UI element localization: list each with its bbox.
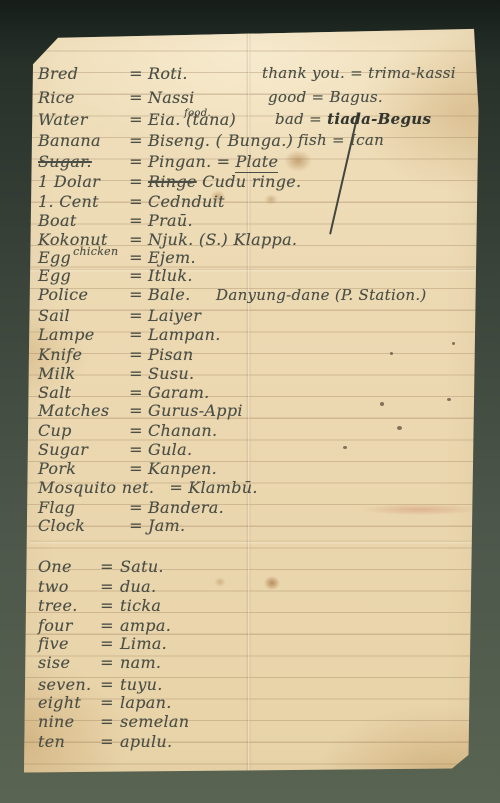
number-translation: apulu. (120, 732, 172, 751)
term-english: Water (38, 110, 124, 129)
term-english: Milk (38, 364, 124, 383)
number-english: One (38, 557, 94, 576)
equals-sign: = (94, 557, 120, 576)
term-english: fish (298, 131, 327, 149)
number-row: One=Satu. (38, 557, 164, 576)
number-row: eight=lapan. (38, 693, 172, 712)
equals-sign: = (124, 64, 148, 83)
term-english: Salt (38, 383, 124, 402)
vocab-row: 1 Dolar=Ringe Cudu ringe. (38, 172, 301, 191)
number-row: two=dua. (38, 577, 156, 596)
equals-sign: = (124, 152, 148, 171)
equals-sign: = (124, 131, 148, 150)
vocab-row-right: bad = tiada-Begus (275, 110, 431, 128)
equals-sign: = (94, 616, 120, 635)
equals-sign: = (124, 211, 148, 230)
term-translation: tiada-Begus (327, 110, 431, 128)
number-translation: nam. (120, 653, 161, 672)
term-translation: Roti. (148, 64, 188, 83)
equals-sign: = (124, 383, 148, 402)
equals-sign: = (124, 459, 148, 478)
equals-sign: = (124, 401, 148, 420)
term-translation: Susu. (148, 364, 194, 383)
number-translation: lapan. (120, 693, 172, 712)
stain-smear (362, 504, 477, 515)
vocab-row: Milk=Susu. (38, 364, 194, 383)
term-translation: Itluk. (148, 266, 193, 285)
ink-speck (447, 398, 451, 401)
term-translation: Ejem. (148, 248, 196, 267)
number-english: tree. (38, 596, 94, 615)
vocab-row: Sugar=Gula. (38, 440, 192, 459)
equals-sign: = (124, 266, 148, 285)
vocab-row: Police=Bale. (38, 285, 190, 304)
term-english: Cup (38, 421, 124, 440)
vocab-row: Bred=Roti. (38, 64, 188, 83)
stain-mark (284, 150, 312, 172)
number-row: tree.=ticka (38, 596, 161, 615)
equals-sign: = (164, 478, 188, 497)
vocab-row: 1. Cent=Cednduit (38, 192, 225, 211)
equals-sign: = (309, 110, 322, 128)
vocab-row: Lampe=Lampan. (38, 325, 221, 344)
term-english: Pork (38, 459, 124, 478)
number-english: ten (38, 732, 94, 751)
term-translation: Klambū. (188, 478, 258, 497)
term-english-struck: Sugar. (38, 152, 124, 171)
number-english: four (38, 616, 94, 635)
number-translation: semelan (120, 712, 189, 731)
margin-note: Danyung-dane (P. Station.) (216, 286, 427, 304)
number-row: ten=apulu. (38, 732, 172, 751)
equals-sign: = (124, 88, 148, 107)
term-english: Banana (38, 131, 124, 150)
number-row: nine=semelan (38, 712, 189, 731)
term-translation: Bale. (148, 285, 190, 304)
term-translation: Gula. (148, 440, 192, 459)
term-translation: Gurus-Appi (148, 401, 243, 420)
term-translation: Chanan. (148, 421, 217, 440)
term-english: Lampe (38, 325, 124, 344)
number-english: sise (38, 653, 94, 672)
term-translation: Biseng. ( Bunga.) (148, 131, 293, 150)
equals-sign: = (124, 285, 148, 304)
equals-sign: = (124, 364, 148, 383)
equals-sign: = (94, 732, 120, 751)
equals-sign: = (94, 653, 120, 672)
term-english: 1. Cent (38, 192, 124, 211)
equals-sign: = (350, 64, 363, 82)
term-english: Sugar (38, 440, 124, 459)
term-english: Bred (38, 64, 124, 83)
vocab-row-right: good = Bagus. (268, 88, 383, 106)
equals-sign: = (124, 345, 148, 364)
term-translation-struck: Ringe (148, 172, 197, 191)
term-translation: Pingan. (148, 152, 211, 171)
vocab-row: Knife=Pisan (38, 345, 193, 364)
term-translation: Cednduit (148, 192, 225, 211)
term-translation: Bandera. (148, 498, 224, 517)
equals-sign: = (332, 131, 345, 149)
term-english: Sail (38, 306, 124, 325)
vocab-row: Sail=Laiyer (38, 306, 201, 325)
term-english: Matches (38, 401, 124, 420)
term-english: Police (38, 285, 124, 304)
stain-mark (264, 576, 280, 590)
equals-sign: = (124, 110, 148, 129)
vocab-row: Clock=Jam. (38, 516, 185, 535)
vocab-row: Cup=Chanan. (38, 421, 217, 440)
number-row: seven.=tuyu. (38, 675, 163, 694)
term-english: Rice (38, 88, 124, 107)
equals-sign: = (124, 440, 148, 459)
term-english: Eggchicken (38, 248, 124, 267)
vocab-row: Egg=Itluk. (38, 266, 193, 285)
term-english: bad (275, 110, 304, 128)
ink-speck (380, 402, 384, 406)
vocab-row-right: fish = Ican (298, 131, 384, 149)
term-english: Knife (38, 345, 124, 364)
number-english: nine (38, 712, 94, 731)
vocab-row: Mosquito net.=Klambū. (38, 478, 258, 497)
vocab-row: Salt=Garam. (38, 383, 210, 402)
term-translation: trima-kassi (368, 64, 456, 82)
equals-sign: = (312, 88, 325, 106)
term-english: good (268, 88, 306, 106)
term-translation: Laiyer (148, 306, 201, 325)
ink-speck (397, 426, 402, 430)
equals-sign: = (94, 596, 120, 615)
number-row: four=ampa. (38, 616, 171, 635)
term-english: 1 Dolar (38, 172, 124, 191)
term-translation: Praū. (148, 211, 193, 230)
number-english: five (38, 634, 94, 653)
vocab-row: Flag=Bandera. (38, 498, 224, 517)
term-english: Egg (38, 266, 124, 285)
equals-sign: = (124, 230, 148, 249)
term-translation: Jam. (148, 516, 185, 535)
term-english: Flag (38, 498, 124, 517)
paper-sheet: Bred=Roti. Rice=Nassi Water=Eia. (tana)f… (0, 0, 500, 803)
term-english: Mosquito net. (38, 478, 154, 497)
number-translation: ticka (120, 596, 161, 615)
vocab-row: Sugar.=Pingan.=Plate (38, 152, 278, 171)
equals-sign: = (124, 248, 148, 267)
horizontal-fold-crease (30, 540, 475, 544)
equals-sign: = (124, 172, 148, 191)
equals-sign: = (124, 421, 148, 440)
number-english: seven. (38, 675, 94, 694)
equals-sign: = (211, 152, 235, 171)
term-translation: Njuk. (S.) Klappa. (148, 230, 297, 249)
number-row: sise=nam. (38, 653, 161, 672)
term-translation: Kanpen. (148, 459, 217, 478)
ink-speck (452, 342, 455, 345)
term-english: thank you. (262, 64, 345, 82)
term-translation: Ican (350, 131, 384, 149)
equals-sign: = (124, 498, 148, 517)
term-english: Clock (38, 516, 124, 535)
term-translation: Bagus. (330, 88, 384, 106)
vocab-row-right: thank you. = trima-kassi (262, 64, 456, 82)
equals-sign: = (124, 306, 148, 325)
term-translation: Garam. (148, 383, 210, 402)
number-english: two (38, 577, 94, 596)
ink-speck (390, 352, 393, 355)
number-translation: Satu. (120, 557, 164, 576)
equals-sign: = (94, 634, 120, 653)
equals-sign: = (124, 192, 148, 211)
equals-sign: = (124, 325, 148, 344)
equals-sign: = (124, 516, 148, 535)
number-translation: ampa. (120, 616, 171, 635)
stain-mark (264, 194, 278, 205)
term-translation: Pisan (148, 345, 193, 364)
vocab-row: Water=Eia. (tana)food. (38, 110, 211, 129)
vocab-row: Pork=Kanpen. (38, 459, 217, 478)
number-row: five=Lima. (38, 634, 167, 653)
vocab-row: Eggchicken=Ejem. (38, 248, 196, 267)
number-translation: Lima. (120, 634, 167, 653)
superscript-note: chicken (73, 245, 118, 258)
term-english: Boat (38, 211, 124, 230)
number-translation: tuyu. (120, 675, 163, 694)
term-translation: Cudu ringe. (202, 172, 301, 191)
equals-sign: = (94, 675, 120, 694)
vocab-row: Boat=Praū. (38, 211, 193, 230)
stain-mark (214, 577, 226, 587)
vocab-row: Rice=Nassi (38, 88, 195, 107)
superscript-note: food. (184, 108, 211, 119)
equals-sign: = (94, 693, 120, 712)
scanned-document-page: { "colors":{ "background_top":"#161d18",… (0, 0, 500, 803)
vocab-row: Banana=Biseng. ( Bunga.) (38, 131, 293, 150)
term-translation: Lampan. (148, 325, 221, 344)
vocab-row: Matches=Gurus-Appi (38, 401, 243, 420)
ink-speck (343, 446, 347, 449)
number-english: eight (38, 693, 94, 712)
term-translation: Nassi (148, 88, 195, 107)
number-translation: dua. (120, 577, 156, 596)
equals-sign: = (94, 577, 120, 596)
equals-sign: = (94, 712, 120, 731)
term-translation-underlined: Plate (235, 152, 278, 173)
